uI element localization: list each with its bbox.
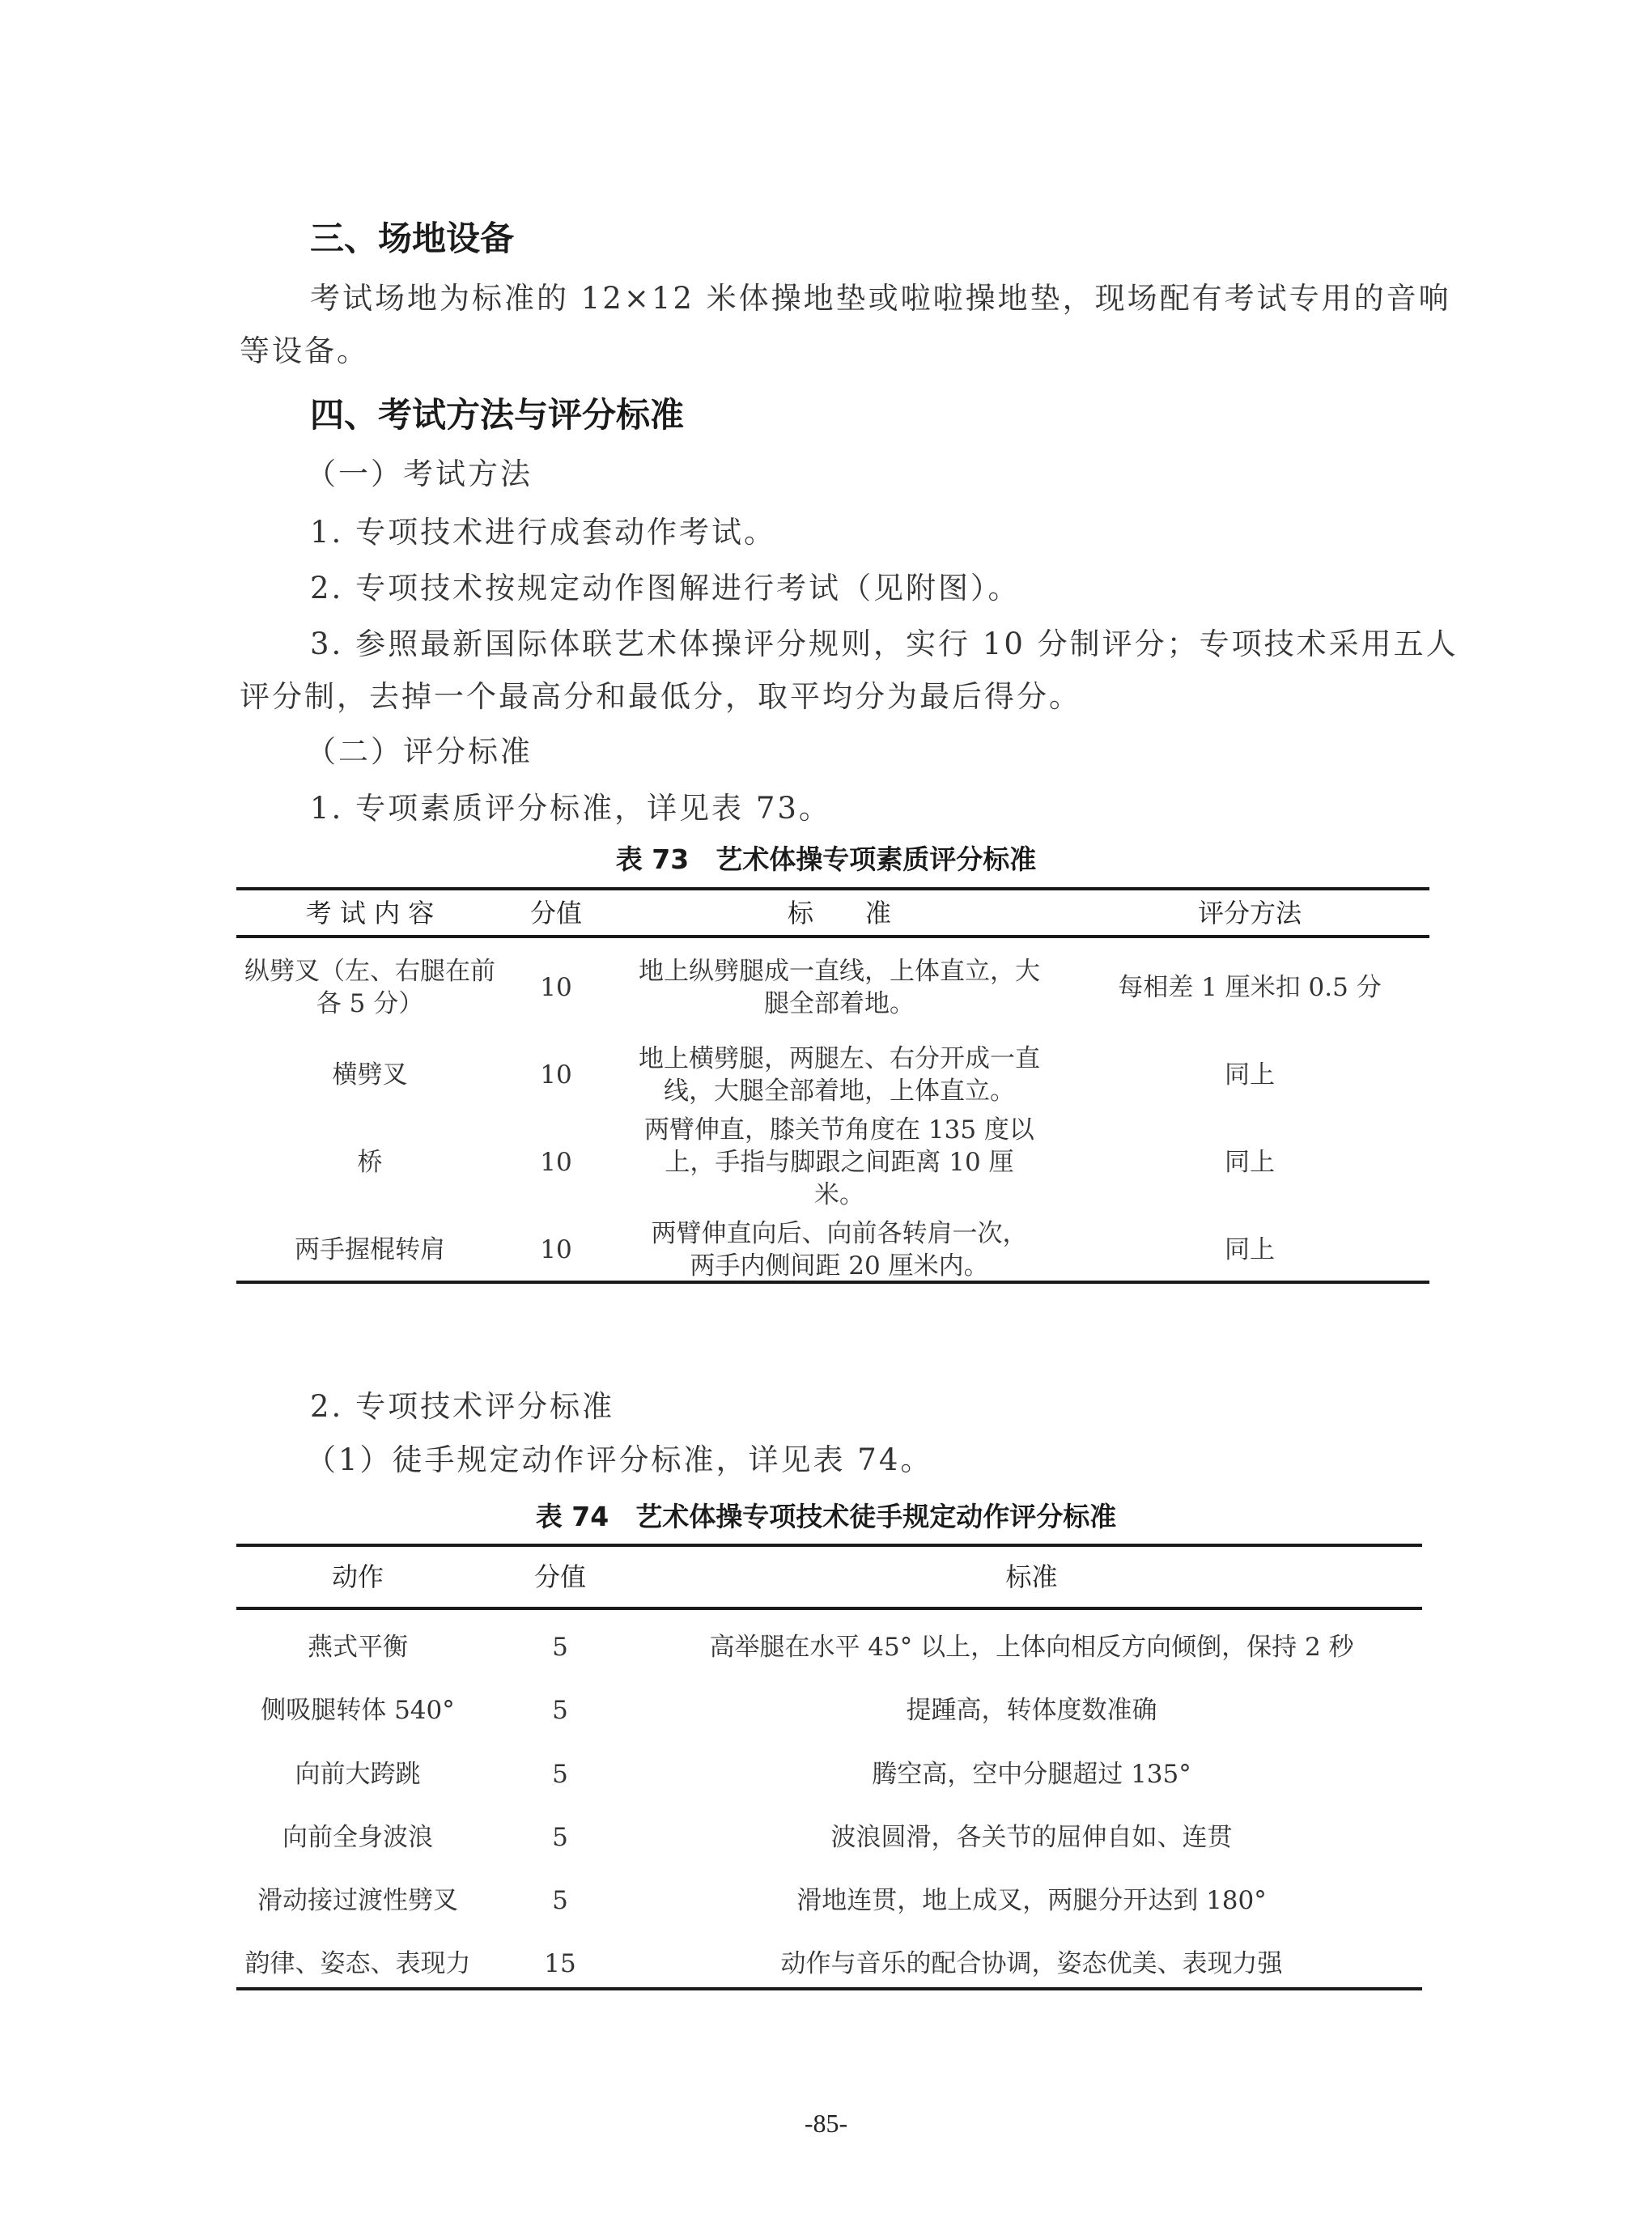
- list-item-2: 2. 专项技术按规定动作图解进行考试（见附图）。: [310, 563, 1021, 607]
- table73-cell-item: 两手握棍转肩: [236, 1209, 503, 1290]
- table74-cell-score: 5: [479, 1686, 641, 1735]
- table74-header-score: 分值: [479, 1548, 641, 1606]
- table73-bottom-rule: [236, 1281, 1429, 1284]
- table74-bottom-rule: [236, 1987, 1422, 1990]
- table73-header-standard: 标 准: [609, 890, 1070, 935]
- list-item-3: 3. 参照最新国际体联艺术体操评分规则，实行 10 分制评分；专项技术采用五人: [310, 619, 1459, 663]
- table73-cell-score: 10: [503, 1034, 609, 1115]
- table73-cell-score: 10: [503, 1122, 609, 1203]
- table74-cell-standard: 提踵高，转体度数准确: [641, 1686, 1422, 1735]
- table73-cell-method: 同上: [1070, 1209, 1429, 1290]
- table73-header-score: 分值: [503, 890, 609, 935]
- paragraph-venue-line2: 等设备。: [240, 326, 369, 370]
- list-item-1: 1. 专项技术进行成套动作考试。: [310, 508, 776, 551]
- table73-cell-standard: 两臂伸直，膝关节角度在 135 度以上，手指与脚跟之间距离 10 厘米。: [609, 1122, 1070, 1203]
- table74-cell-action: 燕式平衡: [236, 1623, 479, 1672]
- table74-cell-standard: 腾空高，空中分腿超过 135°: [641, 1750, 1422, 1799]
- table74-cell-standard: 波浪圆滑，各关节的屈伸自如、连贯: [641, 1813, 1422, 1862]
- table74-cell-action: 向前全身波浪: [236, 1813, 479, 1862]
- table74-cell-standard: 滑地连贯，地上成叉，两腿分开达到 180°: [641, 1876, 1422, 1925]
- section-heading-venue: 三、场地设备: [310, 212, 514, 261]
- table73-header-item: 考 试 内 容: [236, 890, 503, 935]
- table74-cell-score: 15: [479, 1939, 641, 1988]
- table73-cell-standard: 两臂伸直向后、向前各转肩一次，两手内侧间距 20 厘米内。: [609, 1209, 1070, 1290]
- table73-caption: 表 73 艺术体操专项素质评分标准: [0, 839, 1652, 877]
- table74-cell-score: 5: [479, 1876, 641, 1925]
- table74-top-rule: [236, 1544, 1422, 1547]
- table74-header-action: 动作: [236, 1548, 479, 1606]
- table73-cell-standard: 地上横劈腿，两腿左、右分开成一直线，大腿全部着地，上体直立。: [609, 1034, 1070, 1115]
- table74-header-rule: [236, 1607, 1422, 1610]
- subheading-scoring: （二）评分标准: [306, 727, 533, 771]
- table74-caption: 表 74 艺术体操专项技术徒手规定动作评分标准: [0, 1496, 1652, 1534]
- table74-cell-score: 5: [479, 1813, 641, 1862]
- section-heading-methods: 四、考试方法与评分标准: [310, 389, 684, 437]
- table73-cell-method: 同上: [1070, 1122, 1429, 1203]
- table74-cell-action: 侧吸腿转体 540°: [236, 1686, 479, 1735]
- table74-cell-score: 5: [479, 1623, 641, 1672]
- table73-cell-standard: 地上纵劈腿成一直线，上体直立，大腿全部着地。: [609, 947, 1070, 1028]
- table73-cell-item: 桥: [236, 1122, 503, 1203]
- table73-cell-item: 纵劈叉（左、右腿在前各 5 分）: [236, 947, 503, 1028]
- table73-cell-score: 10: [503, 947, 609, 1028]
- table74-header-standard: 标准: [641, 1548, 1422, 1606]
- table73-header-rule: [236, 935, 1429, 938]
- subheading-exam-method: （一）考试方法: [306, 449, 533, 493]
- table73-cell-method: 同上: [1070, 1034, 1429, 1115]
- scoring-item-2: 2. 专项技术评分标准: [310, 1382, 614, 1425]
- table73-header-method: 评分方法: [1070, 890, 1429, 935]
- table74-cell-standard: 高举腿在水平 45° 以上，上体向相反方向倾倒，保持 2 秒: [641, 1623, 1422, 1672]
- table74-cell-action: 韵律、姿态、表现力: [236, 1939, 479, 1988]
- table74-cell-standard: 动作与音乐的配合协调，姿态优美、表现力强: [641, 1939, 1422, 1988]
- scoring-item-2-1: （1）徒手规定动作评分标准，详见表 74。: [306, 1435, 932, 1479]
- scoring-item-1: 1. 专项素质评分标准，详见表 73。: [310, 784, 831, 827]
- table74-cell-action: 滑动接过渡性劈叉: [236, 1876, 479, 1925]
- table73-cell-item: 横劈叉: [236, 1034, 503, 1115]
- paragraph-venue-line1: 考试场地为标准的 12×12 米体操地垫或啦啦操地垫，现场配有考试专用的音响: [310, 274, 1451, 317]
- table73-cell-method: 每相差 1 厘米扣 0.5 分: [1070, 947, 1429, 1028]
- list-item-3-cont: 评分制，去掉一个最高分和最低分，取平均分为最后得分。: [240, 672, 1081, 716]
- table74-cell-action: 向前大跨跳: [236, 1750, 479, 1799]
- table74-cell-score: 5: [479, 1750, 641, 1799]
- page-number: -85-: [0, 2109, 1652, 2139]
- table73-cell-score: 10: [503, 1209, 609, 1290]
